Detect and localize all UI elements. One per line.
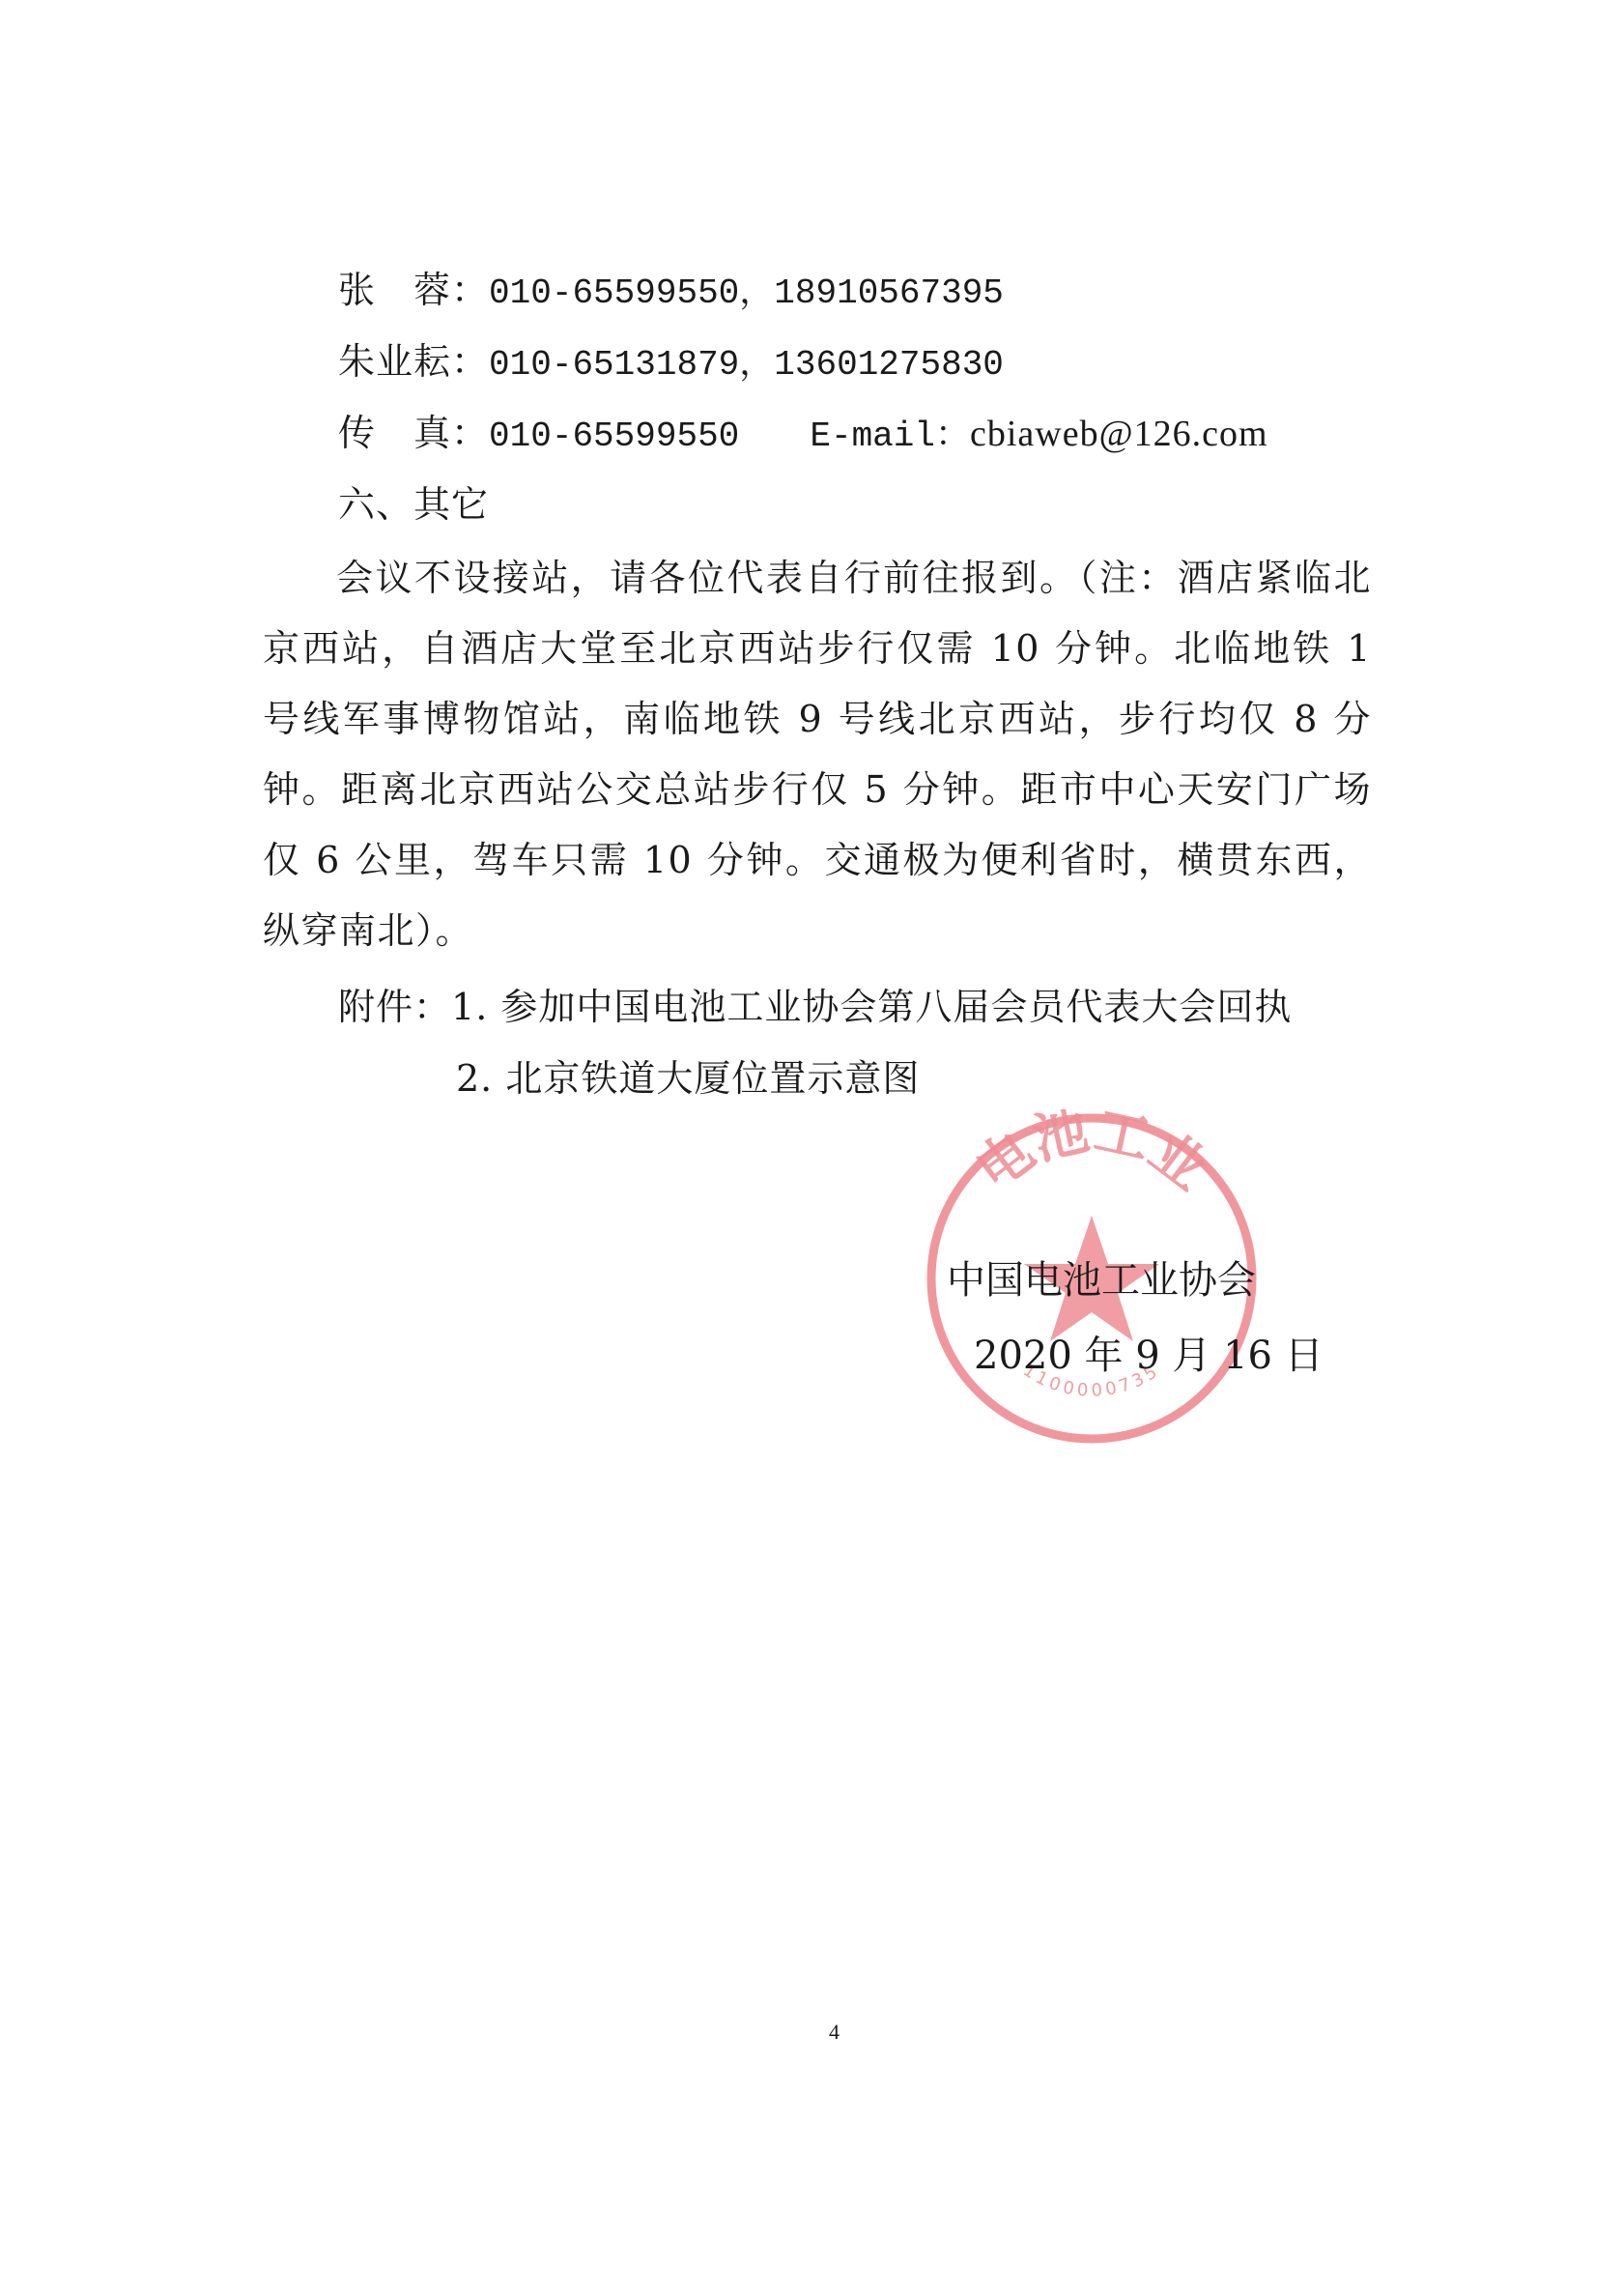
contact-name: 张 蓉 (338, 269, 451, 311)
attachment-item: 1. 参加中国电池工业协会第八届会员代表大会回执 (451, 986, 1292, 1028)
svg-text:电池工业: 电池工业 (965, 1109, 1219, 1203)
attachment-item: 2. 北京铁道大厦位置示意图 (456, 1055, 920, 1102)
email-address: cbiaweb@126.com (970, 414, 1268, 454)
attachments-row: 附件：1. 参加中国电池工业协会第八届会员代表大会回执 (338, 984, 1292, 1030)
contact-phone: 010-65599550，18910567395 (489, 273, 1004, 313)
email-label: E-mail： (810, 416, 970, 456)
document-page: 张 蓉：010-65599550，18910567395 朱业耘：010-651… (0, 0, 1623, 2296)
section-paragraph: 会议不设接站，请各位代表自行前往报到。（注：酒店紧临北京西站，自酒店大堂至北京西… (263, 543, 1372, 966)
fax-number: 010-65599550 (489, 416, 739, 456)
contact-row: 朱业耘：010-65131879，13601275830 (338, 338, 1004, 388)
contact-name: 传 真 (338, 412, 451, 454)
signature-organization: 中国电池工业协会 (947, 1256, 1256, 1305)
page-number: 4 (829, 2020, 840, 2045)
contact-row-fax: 传 真：010-65599550 E-mail：cbiaweb@126.com (338, 410, 1268, 460)
contact-name: 朱业耘 (338, 340, 451, 383)
contact-row: 张 蓉：010-65599550，18910567395 (338, 267, 1004, 317)
contact-phone: 010-65131879，13601275830 (489, 345, 1004, 385)
signature-date: 2020 年 9 月 16 日 (974, 1332, 1324, 1380)
section-heading: 六、其它 (338, 481, 489, 528)
attachments-label: 附件： (338, 986, 451, 1028)
